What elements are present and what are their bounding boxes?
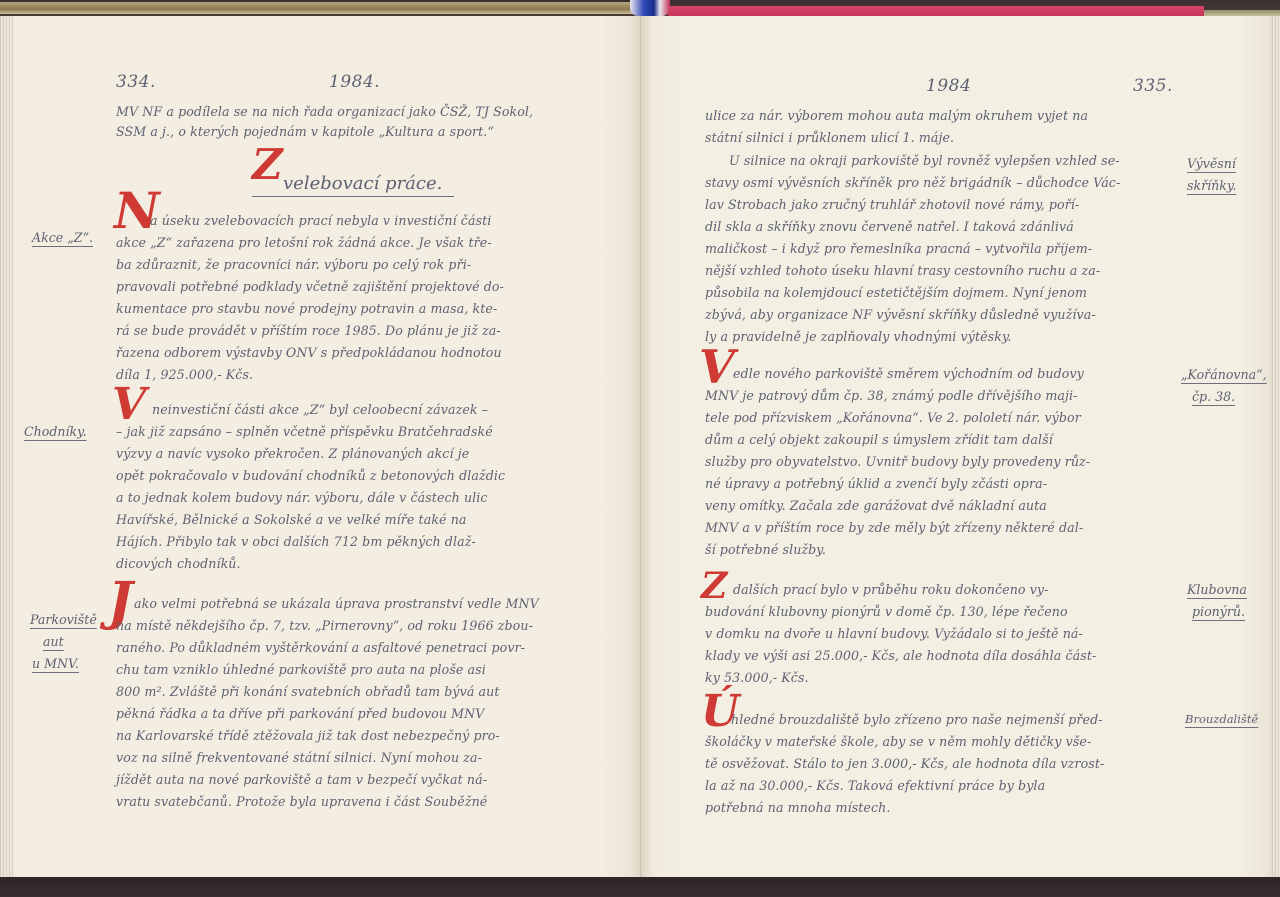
text-line: Havířské, Bělnické a Sokolské a ve velké…	[116, 512, 467, 527]
text-line: akce „Z“ zařazena pro letošní rok žádná …	[116, 235, 492, 250]
drop-cap: V	[112, 383, 146, 427]
text-line: chu tam vzniklo úhledné parkoviště pro a…	[116, 662, 486, 677]
drop-cap: N	[114, 186, 160, 236]
gilt-page-edge-left	[0, 2, 640, 14]
text-line: neinvestiční části akce „Z“ byl celoobec…	[152, 402, 488, 417]
text-line: stavy osmi vývěsních skříněk pro něž bri…	[705, 175, 1120, 190]
drop-cap: V	[699, 344, 735, 390]
bookmark-ribbon-icon	[630, 0, 670, 16]
margin-note: Vývěsní	[1187, 156, 1236, 171]
margin-note: Brouzdaliště	[1185, 712, 1258, 726]
text-line: školáčky v mateřské škole, aby se v něm …	[705, 734, 1091, 749]
text-line: ako velmi potřebná se ukázala úprava pro…	[134, 596, 539, 611]
text-line: zbývá, aby organizace NF vývěsní skříňky…	[705, 307, 1096, 322]
text-line: né úpravy a potřebný úklid a zvenčí byly…	[705, 476, 1047, 491]
intro-line: SSM a j., o kterých pojednám v kapitole …	[116, 124, 494, 139]
text-line: 800 m². Zvláště při konání svatebních ob…	[116, 684, 500, 699]
left-page: 334. 1984. MV NF a podílela se na nich ř…	[0, 16, 641, 877]
text-line: tě osvěžovat. Stálo to jen 3.000,- Kčs, …	[705, 756, 1104, 771]
text-line: Hájích. Přibylo tak v obci dalších 712 b…	[116, 534, 476, 549]
margin-note: Chodníky.	[24, 424, 87, 439]
text-line: tele pod přízviskem „Kořánovna“. Ve 2. p…	[705, 410, 1081, 425]
page-year: 1984	[926, 76, 971, 96]
margin-note: u MNV.	[32, 656, 79, 671]
text-line: – jak již zapsáno – splněn včetně příspě…	[116, 424, 493, 439]
text-line: lav Strobach jako zručný truhlář zhotovi…	[705, 197, 1079, 212]
text-line: a úseku zvelebovacích prací nebyla v inv…	[150, 213, 491, 228]
margin-note: čp. 38.	[1192, 389, 1235, 404]
text-line: a to jednak kolem budovy nár. výboru, dá…	[116, 490, 488, 505]
right-page-edge-stack	[1272, 16, 1280, 877]
text-line: MNV a v příštím roce by zde měly být zří…	[705, 520, 1083, 535]
page-number: 334.	[116, 72, 156, 92]
text-line: státní silnici i průklonem ulicí 1. máje…	[705, 130, 954, 145]
margin-note: skříňky.	[1187, 178, 1236, 193]
text-line: na místě někdejšího čp. 7, tzv. „Pirnero…	[116, 618, 533, 633]
text-line: ulice za nár. výborem mohou auta malým o…	[705, 108, 1088, 123]
text-line: veny omítky. Začala zde garážovat dvě ná…	[705, 498, 1047, 513]
text-line: pravovali potřebné podklady včetně zajiš…	[116, 279, 504, 294]
text-line: potřebná na mnoha místech.	[705, 800, 890, 815]
book-bottom-edge	[0, 876, 1280, 897]
margin-note: aut	[43, 634, 64, 649]
heading-underline	[252, 196, 454, 197]
text-line: opět pokračovalo v budování chodníků z b…	[116, 468, 505, 483]
text-line: nější vzhled tohoto úseku hlavní trasy c…	[705, 263, 1100, 278]
text-line: jíždět auta na nové parkoviště a tam v b…	[116, 772, 487, 787]
text-line: výzvy a navíc vysoko překročen. Z plánov…	[116, 446, 469, 461]
margin-note: pionýrů.	[1192, 604, 1245, 619]
margin-note: Akce „Z“.	[32, 230, 93, 245]
text-line: maličkost – i když pro řemeslníka pracná…	[705, 241, 1092, 256]
margin-note: Parkoviště	[30, 612, 97, 627]
text-line: dalších prací bylo v průběhu roku dokonč…	[733, 582, 1048, 597]
margin-note: Klubovna	[1187, 582, 1247, 597]
text-line: edle nového parkoviště směrem východním …	[733, 366, 1084, 381]
text-line: MNV je patrový dům čp. 38, známý podle d…	[705, 388, 1078, 403]
text-line: rá se bude provádět v příštím roce 1985.…	[116, 323, 501, 338]
text-line: hledné brouzdaliště bylo zřízeno pro naš…	[731, 712, 1103, 727]
section-heading: velebovací práce.	[283, 173, 442, 194]
text-line: ky 53.000,- Kčs.	[705, 670, 809, 685]
text-line: dicových chodníků.	[116, 556, 241, 571]
page-year: 1984.	[329, 72, 380, 92]
text-line: služby pro obyvatelstvo. Uvnitř budovy b…	[705, 454, 1090, 469]
text-line: la až na 30.000,- Kčs. Taková efektivní …	[705, 778, 1045, 793]
text-line: na Karlovarské třídě ztěžovala již tak d…	[116, 728, 500, 743]
text-line: řazena odborem výstavby ONV s předpoklád…	[116, 345, 502, 360]
right-page: 1984 335. ulice za nár. výborem mohou au…	[641, 16, 1280, 877]
intro-line: MV NF a podílela se na nich řada organiz…	[116, 104, 533, 119]
text-line: pěkná řádka a ta dříve při parkování pře…	[116, 706, 484, 721]
text-line: ly a pravidelně je zaplňovaly vhodnými v…	[705, 329, 1012, 344]
heading-initial: Z	[252, 144, 283, 186]
text-line: kumentace pro stavbu nové prodejny potra…	[116, 301, 497, 316]
left-page-edge-stack	[0, 16, 14, 877]
page-number: 335.	[1133, 76, 1173, 96]
text-line: U silnice na okraji parkoviště byl rovně…	[729, 153, 1120, 168]
text-line: raného. Po důkladném vyštěrkování a asfa…	[116, 640, 525, 655]
text-line: v domku na dvoře u hlavní budovy. Vyžáda…	[705, 626, 1083, 641]
text-line: klady ve výši asi 25.000,- Kčs, ale hodn…	[705, 648, 1096, 663]
text-line: ba zdůraznit, že pracovníci nár. výboru …	[116, 257, 471, 272]
text-line: voz na silně frekventované státní silnic…	[116, 750, 482, 765]
margin-note: „Kořánovna“,	[1181, 367, 1267, 382]
text-line: působila na kolemjdoucí estetičtějším do…	[705, 285, 1087, 300]
text-line: vratu svatebčanů. Protože byla upravena …	[116, 794, 487, 809]
drop-cap: Z	[701, 568, 727, 604]
text-line: dil skla a skříňky znovu červeně natřel.…	[705, 219, 1074, 234]
red-binding-ribbon	[668, 6, 1204, 16]
text-line: ší potřebné služby.	[705, 542, 826, 557]
text-line: dům a celý objekt zakoupil s úmyslem zří…	[705, 432, 1053, 447]
text-line: budování klubovny pionýrů v domě čp. 130…	[705, 604, 1068, 619]
